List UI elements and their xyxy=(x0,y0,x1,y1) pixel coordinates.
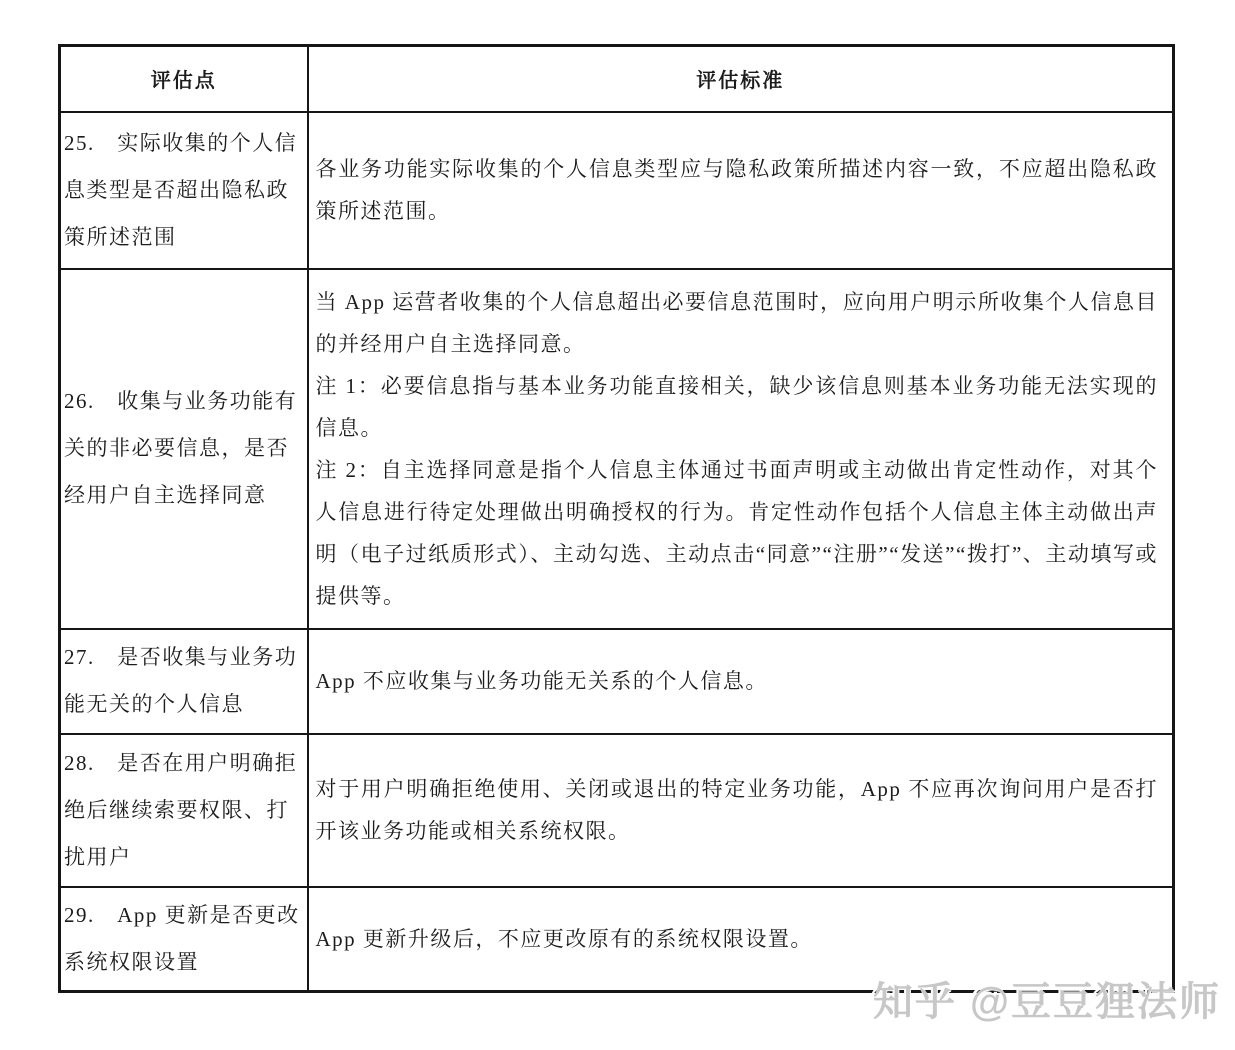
criteria-paragraph: 各业务功能实际收集的个人信息类型应与隐私政策所描述内容一致，不应超出隐私政策所述… xyxy=(316,148,1159,232)
criteria-paragraph: App 更新升级后，不应更改原有的系统权限设置。 xyxy=(316,918,1159,960)
evaluation-criteria-28: 对于用户明确拒绝使用、关闭或退出的特定业务功能，App 不应再次询问用户是否打开… xyxy=(308,734,1174,887)
column-header-point: 评估点 xyxy=(60,46,308,112)
column-header-criteria: 评估标准 xyxy=(308,46,1174,112)
evaluation-point-28: 28. 是否在用户明确拒绝后继续索要权限、打扰用户 xyxy=(60,734,308,887)
evaluation-criteria-26: 当 App 运营者收集的个人信息超出必要信息范围时，应向用户明示所收集个人信息目… xyxy=(308,269,1174,629)
evaluation-point-26: 26. 收集与业务功能有关的非必要信息，是否经用户自主选择同意 xyxy=(60,269,308,629)
criteria-paragraph: 当 App 运营者收集的个人信息超出必要信息范围时，应向用户明示所收集个人信息目… xyxy=(316,281,1159,365)
table-row-25: 25. 实际收集的个人信息类型是否超出隐私政策所述范围 各业务功能实际收集的个人… xyxy=(60,112,1174,269)
criteria-paragraph-note-2: 注 2：自主选择同意是指个人信息主体通过书面声明或主动做出肯定性动作，对其个人信… xyxy=(316,449,1159,617)
table-header-row: 评估点 评估标准 xyxy=(60,46,1174,112)
table-row-27: 27. 是否收集与业务功能无关的个人信息 App 不应收集与业务功能无关系的个人… xyxy=(60,629,1174,734)
assessment-table: 评估点 评估标准 25. 实际收集的个人信息类型是否超出隐私政策所述范围 各业务… xyxy=(58,44,1175,993)
evaluation-point-29: 29. App 更新是否更改系统权限设置 xyxy=(60,887,308,992)
zhihu-watermark: 知乎 @豆豆狸法师 xyxy=(873,970,1221,1027)
document-page: 评估点 评估标准 25. 实际收集的个人信息类型是否超出隐私政策所述范围 各业务… xyxy=(0,0,1235,1050)
criteria-paragraph-note-1: 注 1：必要信息指与基本业务功能直接相关，缺少该信息则基本业务功能无法实现的信息… xyxy=(316,365,1159,449)
criteria-paragraph: 对于用户明确拒绝使用、关闭或退出的特定业务功能，App 不应再次询问用户是否打开… xyxy=(316,768,1159,852)
evaluation-criteria-27: App 不应收集与业务功能无关系的个人信息。 xyxy=(308,629,1174,734)
table-row-26: 26. 收集与业务功能有关的非必要信息，是否经用户自主选择同意 当 App 运营… xyxy=(60,269,1174,629)
table-row-28: 28. 是否在用户明确拒绝后继续索要权限、打扰用户 对于用户明确拒绝使用、关闭或… xyxy=(60,734,1174,887)
evaluation-criteria-25: 各业务功能实际收集的个人信息类型应与隐私政策所描述内容一致，不应超出隐私政策所述… xyxy=(308,112,1174,269)
criteria-paragraph: App 不应收集与业务功能无关系的个人信息。 xyxy=(316,660,1159,702)
evaluation-point-27: 27. 是否收集与业务功能无关的个人信息 xyxy=(60,629,308,734)
evaluation-point-25: 25. 实际收集的个人信息类型是否超出隐私政策所述范围 xyxy=(60,112,308,269)
